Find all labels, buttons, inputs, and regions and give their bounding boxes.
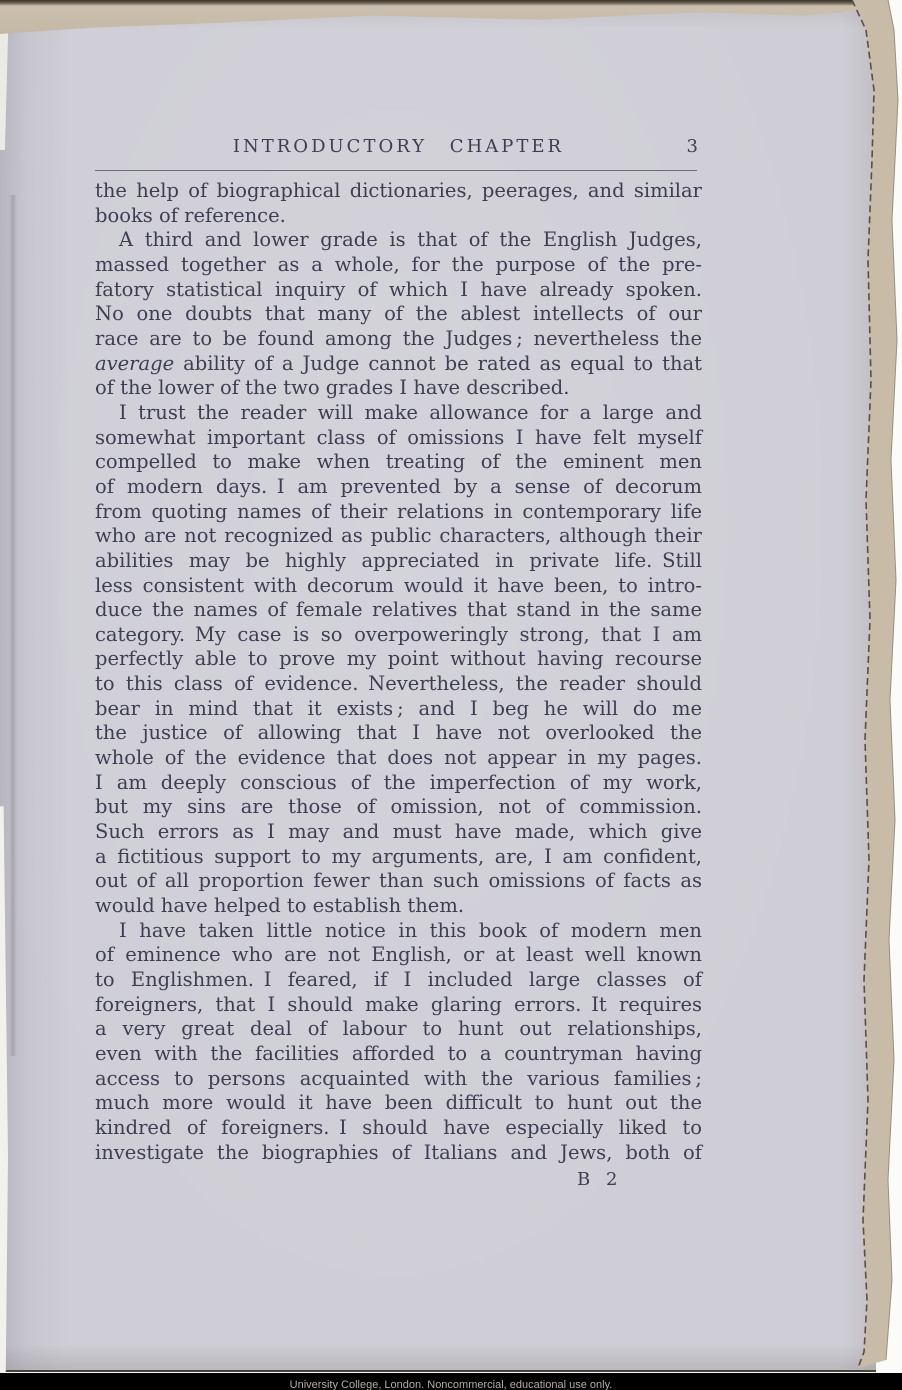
text-line: even with the facilities afforded to a c… — [95, 1042, 702, 1067]
text-line: books of reference. — [95, 204, 702, 229]
text-line: compelled to make when treating of the e… — [95, 450, 702, 475]
text-line: of eminence who are not English, or at l… — [95, 943, 702, 968]
running-header: INTRODUCTORY CHAPTER 3 — [95, 136, 702, 162]
text-line: to this class of evidence. Nevertheless,… — [95, 672, 702, 697]
text-line: No one doubts that many of the ablest in… — [95, 302, 702, 327]
text-line: the justice of allowing that I have not … — [95, 721, 702, 746]
text-segment: ability of a Judge cannot be rated as eq… — [174, 352, 702, 375]
header-rule — [95, 170, 697, 171]
text-line: I trust the reader will make allowance f… — [95, 401, 702, 426]
paragraph: I have taken little notice in this book … — [95, 919, 702, 1166]
text-line: of modern days. I am prevented by a sens… — [95, 475, 702, 500]
text-line: Such errors as I may and must have made,… — [95, 820, 702, 845]
text-line: average ability of a Judge cannot be rat… — [95, 352, 702, 377]
text-line: out of all proportion fewer than such om… — [95, 869, 702, 894]
text-line: somewhat important class of omissions I … — [95, 426, 702, 451]
book-page-scan: INTRODUCTORY CHAPTER 3 the help of biogr… — [0, 0, 902, 1390]
text-line: to Englishmen. I feared, if I included l… — [95, 968, 702, 993]
text-line: category. My case is so overpoweringly s… — [95, 623, 702, 648]
text-line: but my sins are those of omission, not o… — [95, 795, 702, 820]
text-line: access to persons acquainted with the va… — [95, 1067, 702, 1092]
text-line: I am deeply conscious of the imperfectio… — [95, 771, 702, 796]
italic-text: average — [95, 352, 174, 375]
text-line: much more would it have been difficult t… — [95, 1091, 702, 1116]
text-line: fatory statistical inquiry of which I ha… — [95, 278, 702, 303]
text-line: whole of the evidence that does not appe… — [95, 746, 702, 771]
text-line: I have taken little notice in this book … — [95, 919, 702, 944]
page-text: the help of biographical dictionaries, p… — [95, 179, 702, 1193]
text-line: who are not recognized as public charact… — [95, 524, 702, 549]
text-line: race are to be found among the Judges ; … — [95, 327, 702, 352]
text-line: A third and lower grade is that of the E… — [95, 228, 702, 253]
signature-mark: B 2 — [577, 1168, 702, 1193]
chapter-title: INTRODUCTORY CHAPTER — [95, 136, 702, 157]
text-line: massed together as a whole, for the purp… — [95, 253, 702, 278]
text-line: the help of biographical dictionaries, p… — [95, 179, 702, 204]
text-line: would have helped to establish them. — [95, 894, 702, 919]
text-line: kindred of foreigners. I should have esp… — [95, 1116, 702, 1141]
page-number: 3 — [687, 136, 698, 157]
text-line: duce the names of female relatives that … — [95, 598, 702, 623]
paragraph: A third and lower grade is that of the E… — [95, 228, 702, 401]
text-line: less consistent with decorum would it ha… — [95, 574, 702, 599]
text-line: bear in mind that it exists ; and I beg … — [95, 697, 702, 722]
attribution-band: University College, London. Noncommercia… — [0, 1373, 902, 1390]
book-page: INTRODUCTORY CHAPTER 3 the help of biogr… — [0, 0, 876, 1372]
text-line: abilities may be highly appreciated in p… — [95, 549, 702, 574]
text-line: a very great deal of labour to hunt out … — [95, 1017, 702, 1042]
attribution-text: University College, London. Noncommercia… — [290, 1379, 613, 1390]
text-line: of the lower of the two grades I have de… — [95, 376, 702, 401]
text-line: perfectly able to prove my point without… — [95, 647, 702, 672]
text-line: from quoting names of their relations in… — [95, 500, 702, 525]
text-line: investigate the biographies of Italians … — [95, 1141, 702, 1166]
text-line: a fictitious support to my arguments, ar… — [95, 845, 702, 870]
text-line: foreigners, that I should make glaring e… — [95, 993, 702, 1018]
paragraph: the help of biographical dictionaries, p… — [95, 179, 702, 228]
page-crease — [9, 195, 17, 1057]
paragraph: I trust the reader will make allowance f… — [95, 401, 702, 919]
page-right-deckle-edge — [852, 0, 902, 1390]
